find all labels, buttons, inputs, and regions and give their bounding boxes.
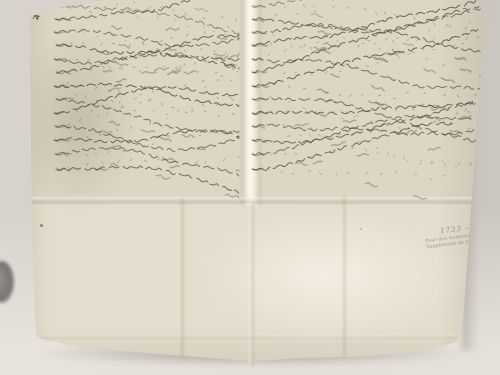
ink-speck bbox=[40, 224, 43, 227]
handwriting-text-block bbox=[0, 0, 500, 200]
vertical-fold-crease-right bbox=[343, 196, 346, 366]
vertical-fold-crease-left bbox=[181, 198, 184, 366]
manuscript-sheet: 1733 – Pour des hommes Supplément de tit… bbox=[0, 0, 500, 375]
photograph: 1733 – Pour des hommes Supplément de tit… bbox=[0, 0, 500, 375]
paper-highlight-lower bbox=[190, 205, 470, 345]
horizontal-fold-crease-lower bbox=[0, 334, 500, 339]
center-fold-crease-lower bbox=[249, 202, 254, 370]
ink-speck bbox=[360, 228, 362, 230]
